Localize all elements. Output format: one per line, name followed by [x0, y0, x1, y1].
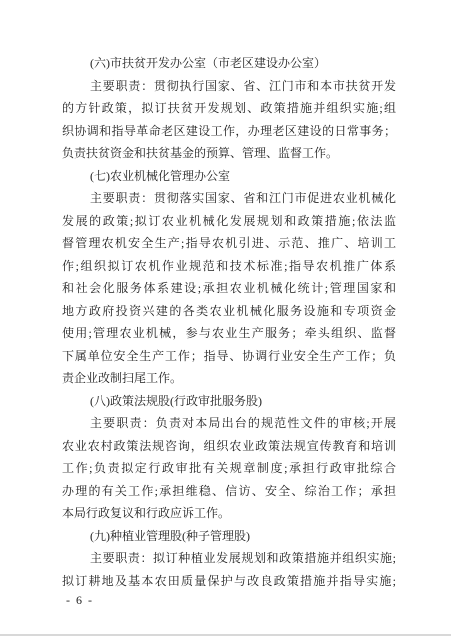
- body-line: 的方针政策，拟订扶贫开发规划、政策措施并组织实施;组: [62, 97, 396, 120]
- document-text-block: (六)市扶贫开发办公室（市老区建设办公室） 主要职责：贯彻执行国家、省、江门市和…: [62, 52, 396, 592]
- body-line: 拟订耕地及基本农田质量保护与改良政策措施并指导实施;: [62, 570, 396, 593]
- body-line: 地方政府投资兴建的各类农业机械化服务设施和专项资金: [62, 300, 396, 323]
- body-line: 作;组织拟订农机作业规范和技术标准;指导农机推广体系: [62, 255, 396, 278]
- body-line: 工作;负责拟定行政审批有关规章制度;承担行政审批综合: [62, 457, 396, 480]
- section-heading: (六)市扶贫开发办公室（市老区建设办公室）: [62, 52, 396, 75]
- document-page: (六)市扶贫开发办公室（市老区建设办公室） 主要职责：贯彻执行国家、省、江门市和…: [0, 0, 451, 642]
- section-heading: (七)农业机械化管理办公室: [62, 165, 396, 188]
- body-line: 督管理农机安全生产;指导农机引进、示范、推广、培训工: [62, 232, 396, 255]
- body-line: 主要职责：负责对本局出台的规范性文件的审核;开展: [62, 412, 396, 435]
- section-heading: (九)种植业管理股(种子管理股): [62, 525, 396, 548]
- page-number: - 6 -: [66, 593, 94, 608]
- body-line: 下属单位安全生产工作；指导、协调行业安全生产工作；负: [62, 345, 396, 368]
- body-line: 使用;管理农业机械，参与农业生产服务；牵头组织、监督: [62, 322, 396, 345]
- page-bottom-border: [0, 634, 451, 636]
- body-line: 主要职责：贯彻执行国家、省、江门市和本市扶贫开发: [62, 75, 396, 98]
- body-line: 发展的政策;拟订农业机械化发展规划和政策措施;依法监: [62, 210, 396, 233]
- section-heading: (八)政策法规股(行政审批服务股): [62, 390, 396, 413]
- body-line: 主要职责：拟订种植业发展规划和政策措施并组织实施;: [62, 547, 396, 570]
- body-line: 织协调和指导革命老区建设工作，办理老区建设的日常事务；: [62, 120, 396, 143]
- body-line: 负责扶贫资金和扶贫基金的预算、管理、监督工作。: [62, 142, 396, 165]
- body-line: 和社会化服务体系建设;承担农业机械化统计;管理国家和: [62, 277, 396, 300]
- body-line: 责企业改制扫尾工作。: [62, 367, 396, 390]
- body-line: 农业农村政策法规咨询，组织农业政策法规宣传教育和培训: [62, 435, 396, 458]
- body-line: 主要职责：贯彻落实国家、省和江门市促进农业机械化: [62, 187, 396, 210]
- body-line: 本局行政复议和行政应诉工作。: [62, 502, 396, 525]
- body-line: 办理的有关工作;承担维稳、信访、安全、综治工作；承担: [62, 480, 396, 503]
